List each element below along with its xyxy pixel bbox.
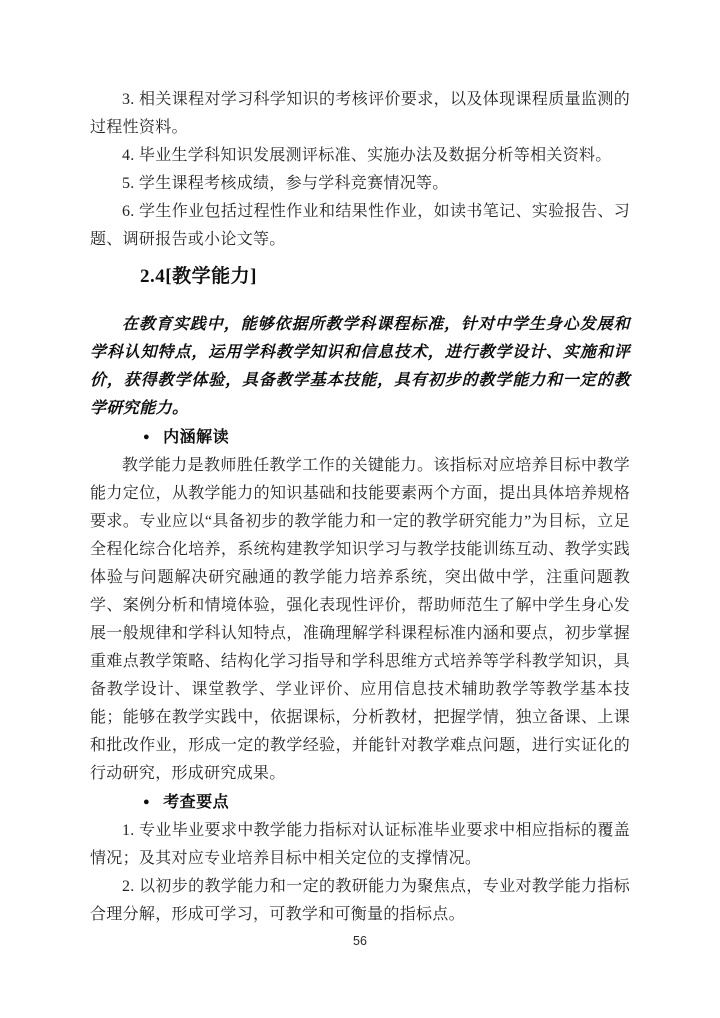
list-item: 5. 学生课程考核成绩，参与学科竞赛情况等。	[90, 170, 630, 198]
page-footer: 56	[0, 932, 720, 950]
page-number: 56	[353, 934, 367, 948]
bullet-heading-connotation: ●内涵解读	[90, 423, 630, 452]
bullet-label: 内涵解读	[163, 429, 229, 446]
bullet-heading-exam-points: ●考查要点	[90, 788, 630, 817]
intro-paragraph: 在教育实践中，能够依据所教学科课程标准，针对中学生身心发展和学科认知特点，运用学…	[90, 311, 630, 423]
list-item: 4. 毕业生学科知识发展测评标准、实施办法及数据分析等相关资料。	[90, 142, 630, 170]
list-item: 6. 学生作业包括过程性作业和结果性作业，如读书笔记、实验报告、习题、调研报告或…	[90, 198, 630, 254]
exam-point: 2. 以初步的教学能力和一定的教研能力为聚焦点，专业对教学能力指标合理分解，形成…	[90, 873, 630, 929]
exam-point: 1. 专业毕业要求中教学能力指标对认证标准毕业要求中相应指标的覆盖情况；及其对应…	[90, 817, 630, 873]
bullet-label: 考查要点	[163, 794, 229, 811]
bullet-icon: ●	[143, 423, 150, 451]
document-page: 3. 相关课程对学习科学知识的考核评价要求，以及体现课程质量监测的过程性资料。 …	[0, 0, 720, 1018]
list-item: 3. 相关课程对学习科学知识的考核评价要求，以及体现课程质量监测的过程性资料。	[90, 86, 630, 142]
bullet-icon: ●	[143, 788, 150, 816]
document-content: 3. 相关课程对学习科学知识的考核评价要求，以及体现课程质量监测的过程性资料。 …	[90, 86, 630, 929]
interpretation-paragraph: 教学能力是教师胜任教学工作的关键能力。该指标对应培养目标中教学能力定位，从教学能…	[90, 452, 630, 788]
section-heading: 2.4[教学能力]	[90, 264, 630, 290]
